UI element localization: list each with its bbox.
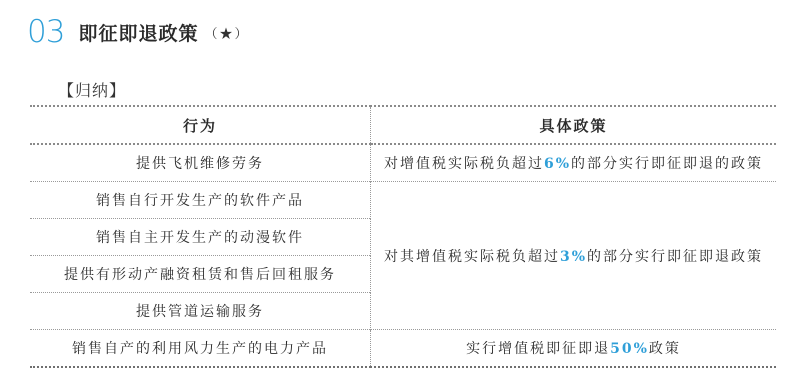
behavior-cell: 销售自行开发生产的软件产品 (30, 182, 371, 219)
section-heading: 03 即征即退政策 （★） (27, 14, 249, 50)
behavior-cell: 提供有形动产融资租赁和售后回租服务 (30, 256, 371, 293)
policy-table: 行为 具体政策 提供飞机维修劳务 对增值税实际税负超过6%的部分实行即征即退的政… (30, 105, 776, 368)
policy-text: 对其增值税实际税负超过 (384, 249, 560, 265)
table-row: 提供飞机维修劳务 对增值税实际税负超过6%的部分实行即征即退的政策 (30, 144, 776, 182)
policy-text: 对增值税实际税负超过 (384, 156, 544, 172)
header-policy: 具体政策 (371, 106, 777, 144)
policy-cell: 实行增值税即征即退50%政策 (371, 330, 777, 368)
behavior-cell: 销售自主开发生产的动漫软件 (30, 219, 371, 256)
policy-text: 的部分实行即征即退政策 (587, 249, 763, 265)
header-behavior: 行为 (30, 106, 371, 144)
behavior-cell: 销售自产的利用风力生产的电力产品 (30, 330, 371, 368)
policy-text: 政策 (649, 341, 681, 357)
policy-cell: 对增值税实际税负超过6%的部分实行即征即退的政策 (371, 144, 777, 182)
policy-rate-highlight: 6% (544, 156, 571, 172)
importance-marker: （★） (204, 23, 249, 42)
table-row: 销售自行开发生产的软件产品 对其增值税实际税负超过3%的部分实行即征即退政策 (30, 182, 776, 219)
table-header-row: 行为 具体政策 (30, 106, 776, 144)
section-number: 03 (27, 14, 64, 50)
policy-rate-highlight: 50% (610, 341, 649, 357)
policy-text: 的部分实行即征即退的政策 (571, 156, 763, 172)
behavior-cell: 提供管道运输服务 (30, 293, 371, 330)
policy-text: 实行增值税即征即退 (466, 341, 610, 357)
summary-label: 【归纳】 (58, 78, 126, 101)
behavior-cell: 提供飞机维修劳务 (30, 144, 371, 182)
policy-cell: 对其增值税实际税负超过3%的部分实行即征即退政策 (371, 182, 777, 330)
policy-rate-highlight: 3% (560, 249, 587, 265)
table-row: 销售自产的利用风力生产的电力产品 实行增值税即征即退50%政策 (30, 330, 776, 368)
section-title: 即征即退政策 (78, 19, 198, 46)
